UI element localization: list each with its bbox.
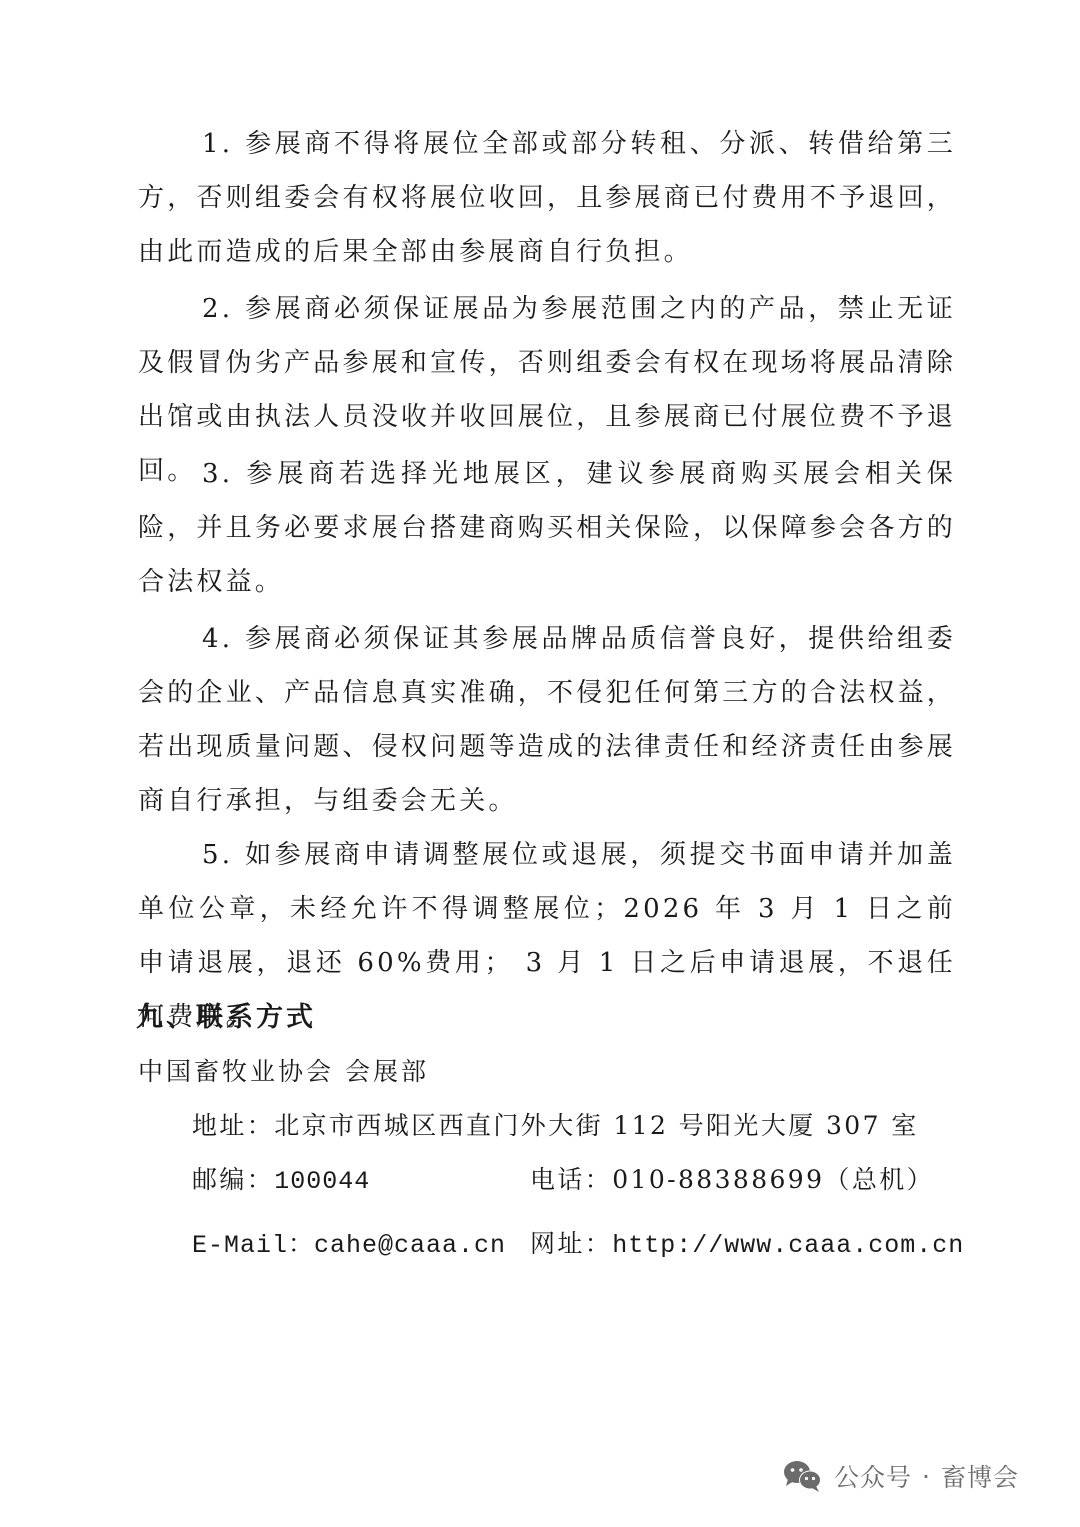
zip-label: 邮编：	[192, 1165, 274, 1194]
wechat-watermark: 公众号 · 畜博会	[782, 1458, 1019, 1494]
account-name: 畜博会	[941, 1458, 1019, 1494]
clause-3-paragraph: 3. 参展商若选择光地展区，建议参展商购买展会相关保险，并且务必要求展台搭建商购…	[138, 447, 956, 609]
separator-dot: ·	[922, 1462, 931, 1491]
address-label: 地址：	[192, 1111, 274, 1140]
zip-value: 100044	[274, 1167, 370, 1196]
document-page: 1. 参展商不得将展位全部或部分转租、分派、转借给第三方，否则组委会有权将展位收…	[0, 0, 1080, 1527]
zip-line: 邮编：100044	[192, 1156, 370, 1206]
email-label: E-Mail：	[192, 1231, 314, 1260]
clause-1-paragraph: 1. 参展商不得将展位全部或部分转租、分派、转借给第三方，否则组委会有权将展位收…	[138, 117, 956, 279]
contact-section-heading: 九、联系方式	[136, 993, 316, 1043]
website-link[interactable]: http://www.caaa.com.cn	[612, 1231, 964, 1260]
wechat-icon	[782, 1459, 824, 1493]
platform-label: 公众号	[834, 1458, 912, 1494]
address-line: 地址：北京市西城区西直门外大街 112 号阳光大厦 307 室	[192, 1102, 919, 1150]
website-line: 网址：http://www.caaa.com.cn	[530, 1220, 964, 1270]
email-line: E-Mail：cahe@caaa.cn	[192, 1220, 506, 1270]
phone-line: 电话：010-88388699（总机）	[530, 1156, 934, 1204]
phone-label: 电话：	[530, 1165, 612, 1194]
phone-value: 010-88388699（总机）	[612, 1165, 934, 1194]
email-value[interactable]: cahe@caaa.cn	[314, 1231, 506, 1260]
address-value: 北京市西城区西直门外大街 112 号阳光大厦 307 室	[274, 1111, 918, 1140]
organization-name: 中国畜牧业协会 会展部	[138, 1048, 429, 1096]
website-label: 网址：	[530, 1229, 612, 1258]
clause-4-paragraph: 4. 参展商必须保证其参展品牌品质信誉良好，提供给组委会的企业、产品信息真实准确…	[138, 612, 956, 828]
